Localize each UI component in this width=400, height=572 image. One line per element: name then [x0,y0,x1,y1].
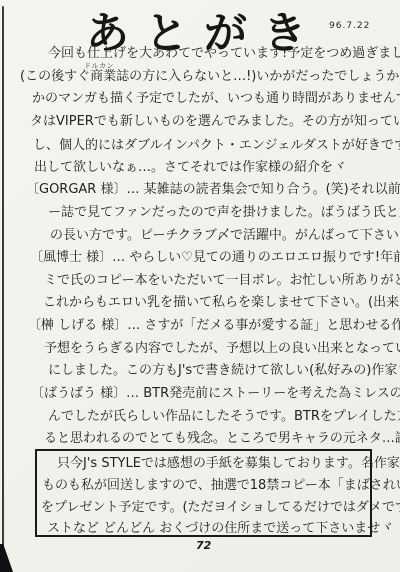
afterword-page: あとがき 96.7.22 ドルカン 今回も仕上げを大あわてでやっています!予定を… [0,0,400,572]
intro-line: 出して欲しいなぁ…。さてそれでは作家様の紹介をヾ [34,160,346,175]
intro-line: (この後すぐ商業誌の方に入らないと…!)いかがだったでしょうか今回の本は?あす [20,69,400,84]
section-body-line: ると思われるのでとても残念。ところで男キャラの元ネタ…読者は分かってるのかな? [44,431,400,446]
section-header-line: 〔ばうばう 様〕… BTR発売前にストーリーを考えた為ミレスの出番がありませ [31,386,400,401]
scan-edge-artifact [2,6,4,572]
section-header-line: 〔風博士 様〕… やらしい♡見ての通りのエロエロ振りです!年前夏コ [30,250,400,265]
notice-line: ストなど どんどん おくづけの住所まで送って下さいませヾ [47,521,393,536]
section-header-line: 〔GORGAR 様〕… 某雑誌の読者集会で知り合う。(笑)それ以前にコピ [26,182,400,197]
section-body-line: の長い方です。ピーチクラブ〆で活躍中。がんばって下さい!! [50,228,400,243]
scan-shadow-blob [0,544,13,572]
intro-line: タはVIPERでも新しいものを選んでみました。その方が知っている方が多いでしょう [30,114,400,129]
intro-line: し、個人的にはダブルインパクト・エンジェルダストが好きです。初期作品の中で。続編 [33,138,400,153]
intro-line: 今回も仕上げを大あわてでやっています!予定をつめ過ぎましたかね、、 [48,46,400,61]
section-body-line: 予想をうらぎる内容でしたが、予想以上の良い出来となっていて「さすがだ!!」と感 [44,341,400,356]
section-body-line: んでしたが氏らしい作品にしたそうです。BTRをプレイした方はミレス派になってい [48,409,400,424]
intro-line: かのマンガも描く予定でしたが、いつも通り時間がありませんでした。とりあえずネ [32,91,400,106]
section-body-line: これからもエロい乳を描いて私らを楽しませて下さい。(出来ればJ'sでも) [43,295,400,310]
section-body-line: ー誌で見てファンだったので声を掛けました。ばうばう氏と並んで付き合い [48,205,400,220]
section-body-line: ミで氏のコピー本をいただいて一目ボレ。お忙しい所ありがとうございました!! [44,273,400,288]
notice-line: 只今J's STYLEでは感想の手紙を募集しております。名作家さんあての [57,456,400,471]
section-body-line: にしました。この方もJ'sで書き続けて欲しい(私好みの)作家さんです。 [48,363,400,378]
notice-line: ものも私が回送しますので、抽選で18禁コピー本「まばされいすふぁんくしょん Vo… [42,478,400,493]
notice-line: をプレゼント予定です。(ただヨイショしてるだけではダメですよ)参考になる意見・リ… [41,500,400,515]
date-label: 96.7.22 [329,21,370,31]
section-header-line: 〔榊 しげる 様〕… さすが「だメる事が愛する証」と思わせる作品です 私の [28,318,400,333]
notice-box: 只今J's STYLEでは感想の手紙を募集しております。名作家さんあての ものも… [35,449,372,537]
page-number: 72 [196,539,211,552]
